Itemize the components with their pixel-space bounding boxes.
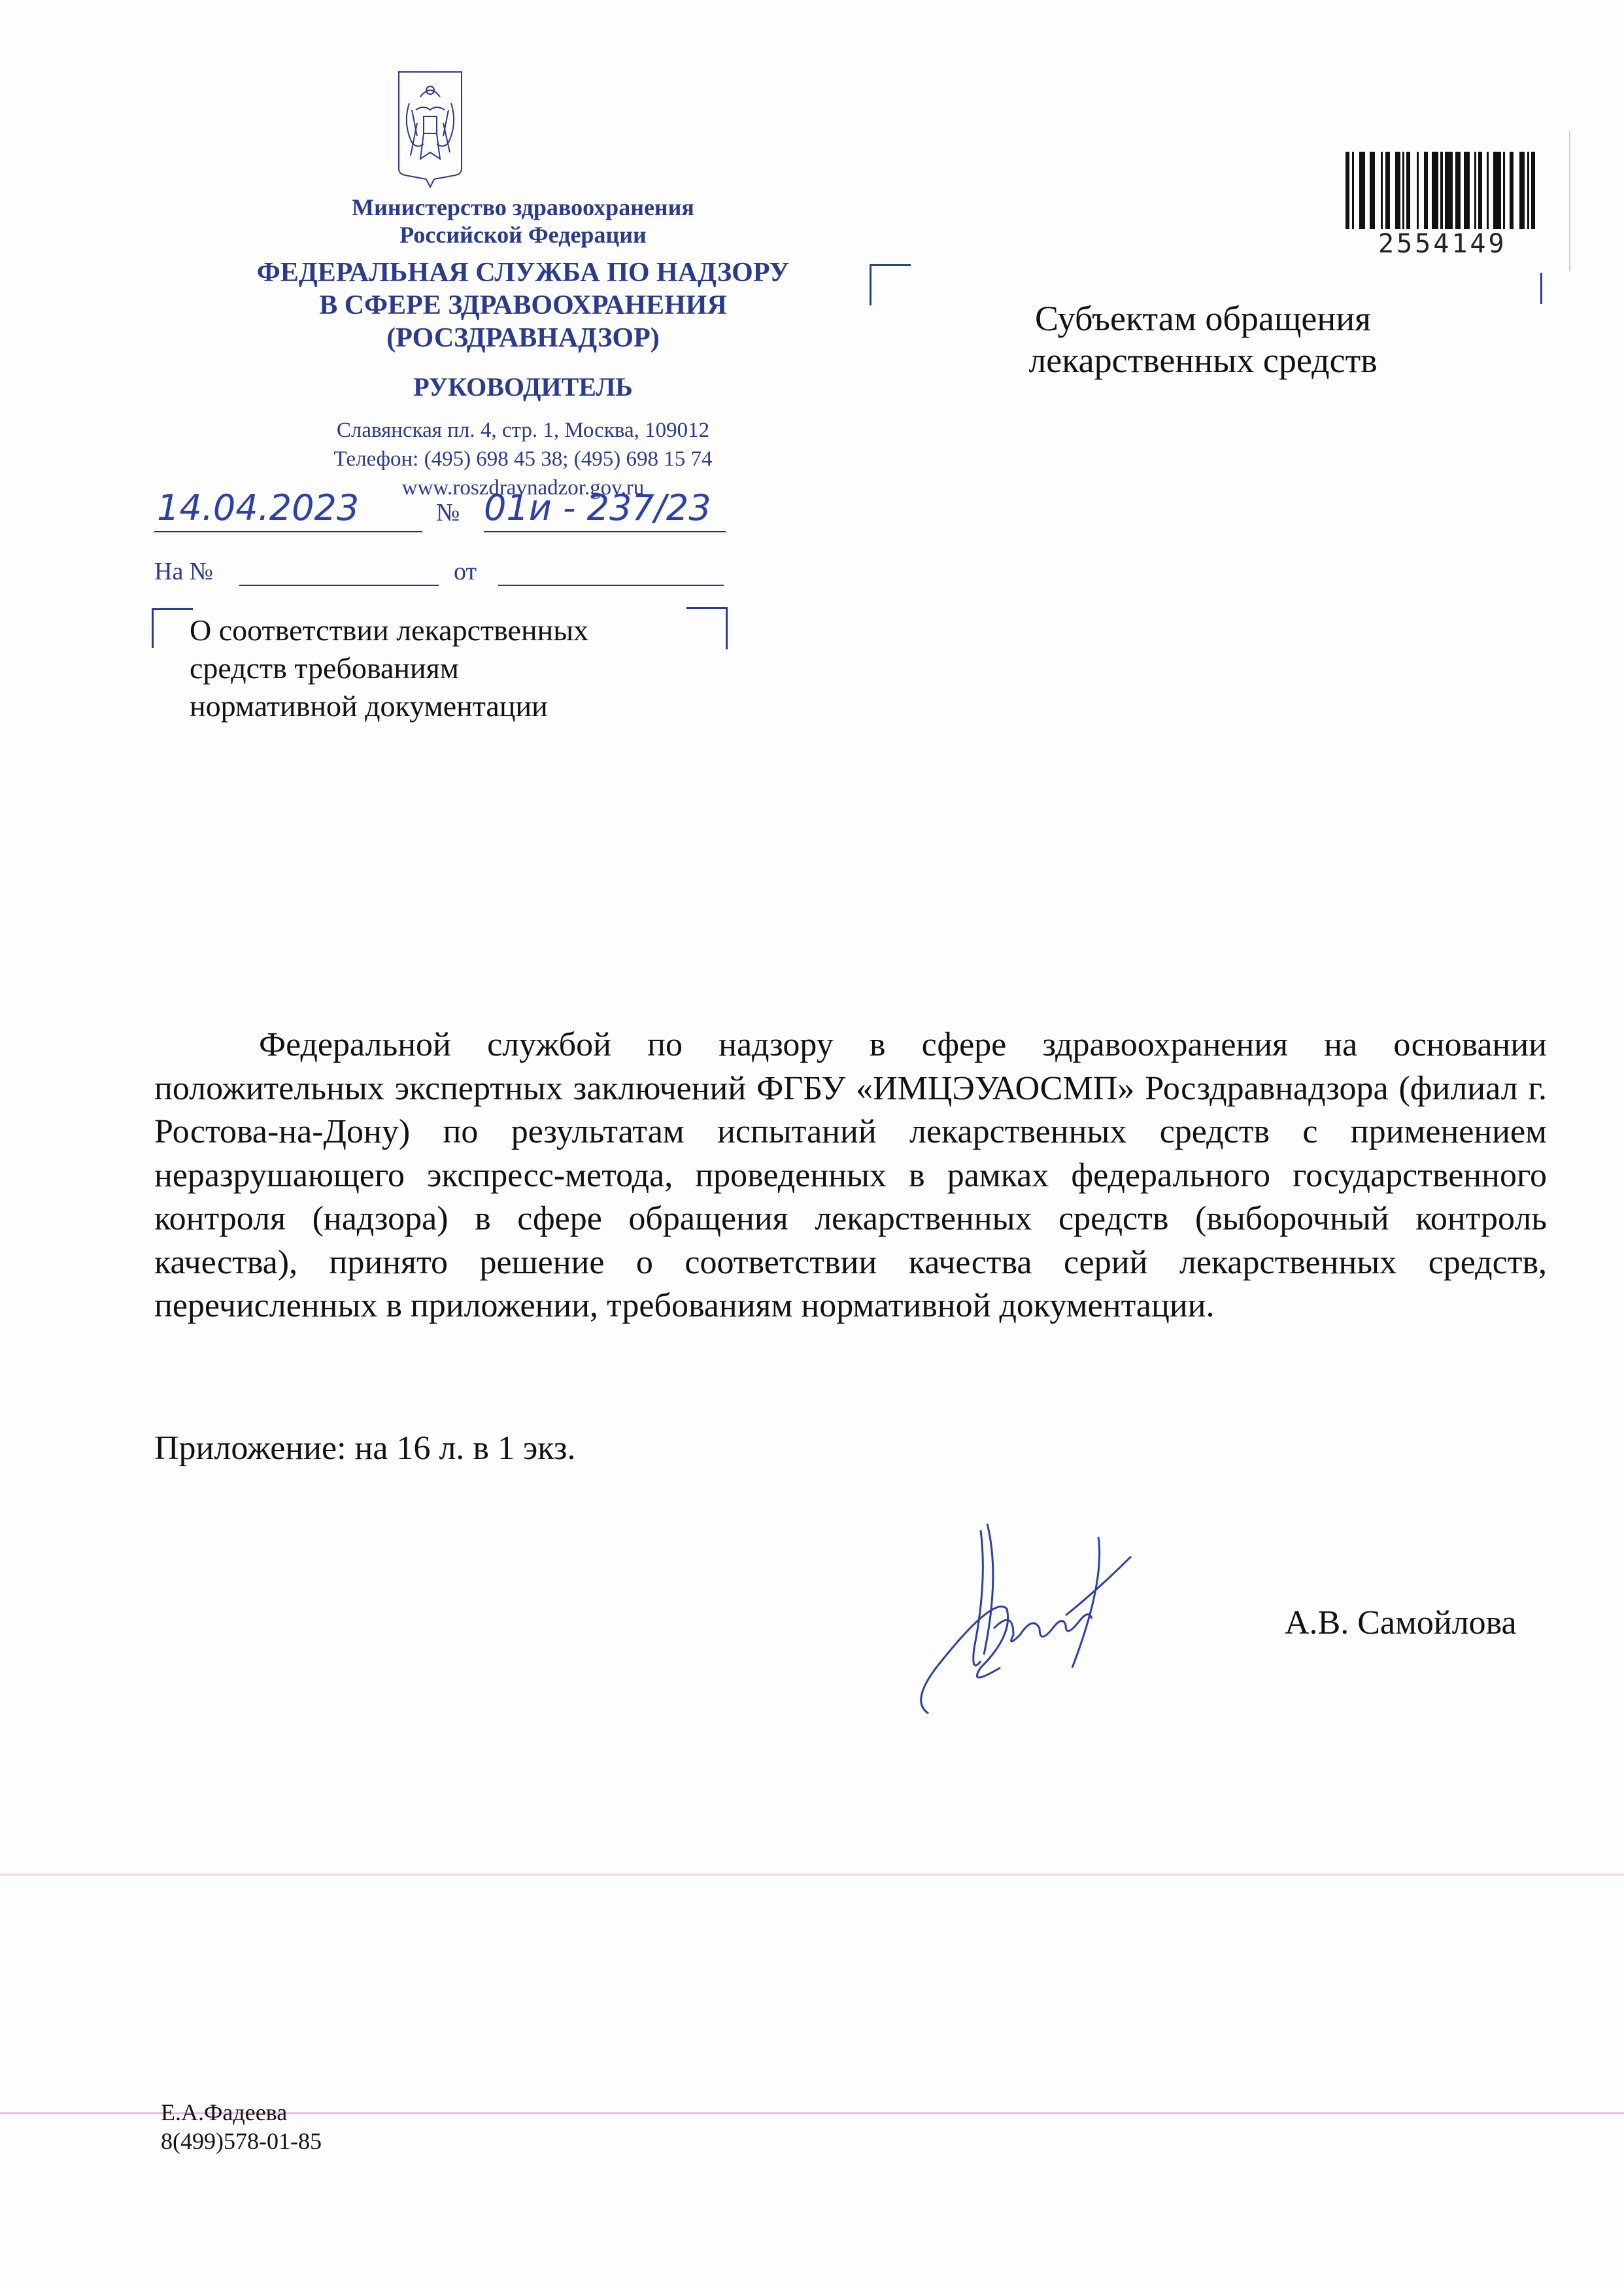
service-line-3: (РОСЗДРАВНАДЗОР) [196,322,850,354]
position-title: РУКОВОДИТЕЛЬ [196,371,850,402]
subject-line-2: средств требованиям [190,649,588,687]
subject-line-1: О соответствии лекарственных [190,611,588,649]
recipient-bracket-right [1540,273,1542,304]
number-underline [484,531,726,532]
address: Славянская пл. 4, стр. 1, Москва, 109012 [196,416,850,445]
recipient-line-1: Субъектам обращения [928,298,1478,339]
service-name: ФЕДЕРАЛЬНАЯ СЛУЖБА ПО НАДЗОРУ В СФЕРЕ ЗД… [196,256,850,354]
ministry-line-1: Министерство здравоохранения [196,194,850,221]
reply-number-label: На № [154,557,213,586]
reply-number-field [239,585,439,586]
coat-of-arms-icon [398,71,463,188]
ministry-line-2: Российской Федерации [196,221,850,249]
attachment-note: Приложение: на 16 л. в 1 экз. [154,1429,575,1468]
signer-name: А.В. Самойлова [1285,1604,1517,1642]
scan-line [0,1874,1624,1876]
subject-line-3: нормативной документации [190,687,588,725]
recipient-bracket-left [870,264,911,305]
subject-bracket-left [152,608,193,648]
executor-block: Е.А.Фадеева 8(499)578-01-85 [161,2098,322,2156]
handwritten-signature-icon [915,1504,1281,1720]
phone: Телефон: (495) 698 45 38; (495) 698 15 7… [196,445,850,473]
service-line-2: В СФЕРЕ ЗДРАВООХРАНЕНИЯ [196,289,850,322]
ministry-name: Министерство здравоохранения Российской … [196,194,850,249]
body-paragraph: Федеральной службой по надзору в сфере з… [154,1023,1547,1328]
number-label: № [436,498,460,527]
recipient: Субъектам обращения лекарственных средст… [928,298,1478,381]
subject-bracket-right [686,607,728,649]
reply-date-field [498,585,724,586]
date-underline [154,531,422,532]
reply-from-label: от [454,557,477,586]
executor-name: Е.А.Фадеева [161,2098,322,2127]
registration-date: 14.04.2023 [157,487,359,528]
barcode [1345,152,1535,229]
recipient-line-2: лекарственных средств [928,339,1478,381]
barcode-number: 2554149 [1378,229,1507,259]
service-line-1: ФЕДЕРАЛЬНАЯ СЛУЖБА ПО НАДЗОРУ [196,256,850,289]
page-edge-line [1569,131,1570,271]
registration-number: 01и - 237/23 [484,487,711,528]
subject: О соответствии лекарственных средств тре… [190,611,588,725]
executor-phone: 8(499)578-01-85 [161,2127,322,2156]
